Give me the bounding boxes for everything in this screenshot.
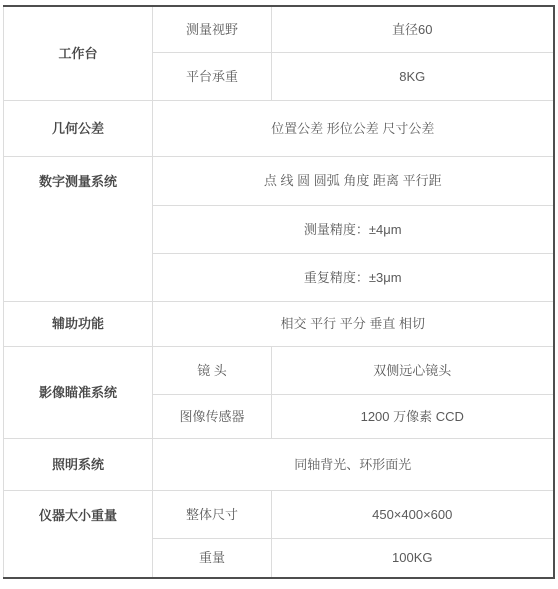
- spec-value-cell: 直径60: [272, 6, 554, 52]
- page: 工作台 测量视野 直径60 平台承重 8KG 几何公差 位置公差 形位公差 尺寸…: [0, 0, 558, 589]
- spec-value-cell: 8KG: [272, 52, 554, 100]
- table-row: 影像瞄准系统 镜 头 双侧远心镜头: [4, 346, 554, 394]
- spec-value-cell: 1200 万像素 CCD: [272, 394, 554, 438]
- spec-name-cell: 平台承重: [153, 52, 272, 100]
- spec-name-cell: 整体尺寸: [153, 490, 272, 538]
- table-row: 仪器大小重量 整体尺寸 450×400×600: [4, 490, 554, 538]
- spec-value-cell: 450×400×600: [272, 490, 554, 538]
- spec-name-cell: 重量: [153, 538, 272, 578]
- spec-value-cell: 重复精度：±3μm: [153, 253, 554, 301]
- spec-value-cell: 位置公差 形位公差 尺寸公差: [153, 100, 554, 156]
- table-row: 工作台 测量视野 直径60: [4, 6, 554, 52]
- section-label-cell: 仪器大小重量: [4, 490, 153, 578]
- spec-name-cell: 镜 头: [153, 346, 272, 394]
- spec-value-cell: 相交 平行 平分 垂直 相切: [153, 301, 554, 346]
- table-row: 数字测量系统 点 线 圆 圆弧 角度 距离 平行距: [4, 156, 554, 205]
- table-row: 几何公差 位置公差 形位公差 尺寸公差: [4, 100, 554, 156]
- spec-value-cell: 同轴背光、环形面光: [153, 438, 554, 490]
- table-row: 辅助功能 相交 平行 平分 垂直 相切: [4, 301, 554, 346]
- spec-table: 工作台 测量视野 直径60 平台承重 8KG 几何公差 位置公差 形位公差 尺寸…: [3, 5, 555, 579]
- section-label-cell: 数字测量系统: [4, 156, 153, 301]
- section-label-cell: 工作台: [4, 6, 153, 100]
- spec-value-cell: 测量精度：±4μm: [153, 205, 554, 253]
- table-row: 照明系统 同轴背光、环形面光: [4, 438, 554, 490]
- spec-name-cell: 图像传感器: [153, 394, 272, 438]
- section-label-cell: 影像瞄准系统: [4, 346, 153, 438]
- section-label-cell: 照明系统: [4, 438, 153, 490]
- section-label-cell: 几何公差: [4, 100, 153, 156]
- spec-value-cell: 100KG: [272, 538, 554, 578]
- section-label-cell: 辅助功能: [4, 301, 153, 346]
- spec-value-cell: 双侧远心镜头: [272, 346, 554, 394]
- spec-value-cell: 点 线 圆 圆弧 角度 距离 平行距: [153, 156, 554, 205]
- spec-name-cell: 测量视野: [153, 6, 272, 52]
